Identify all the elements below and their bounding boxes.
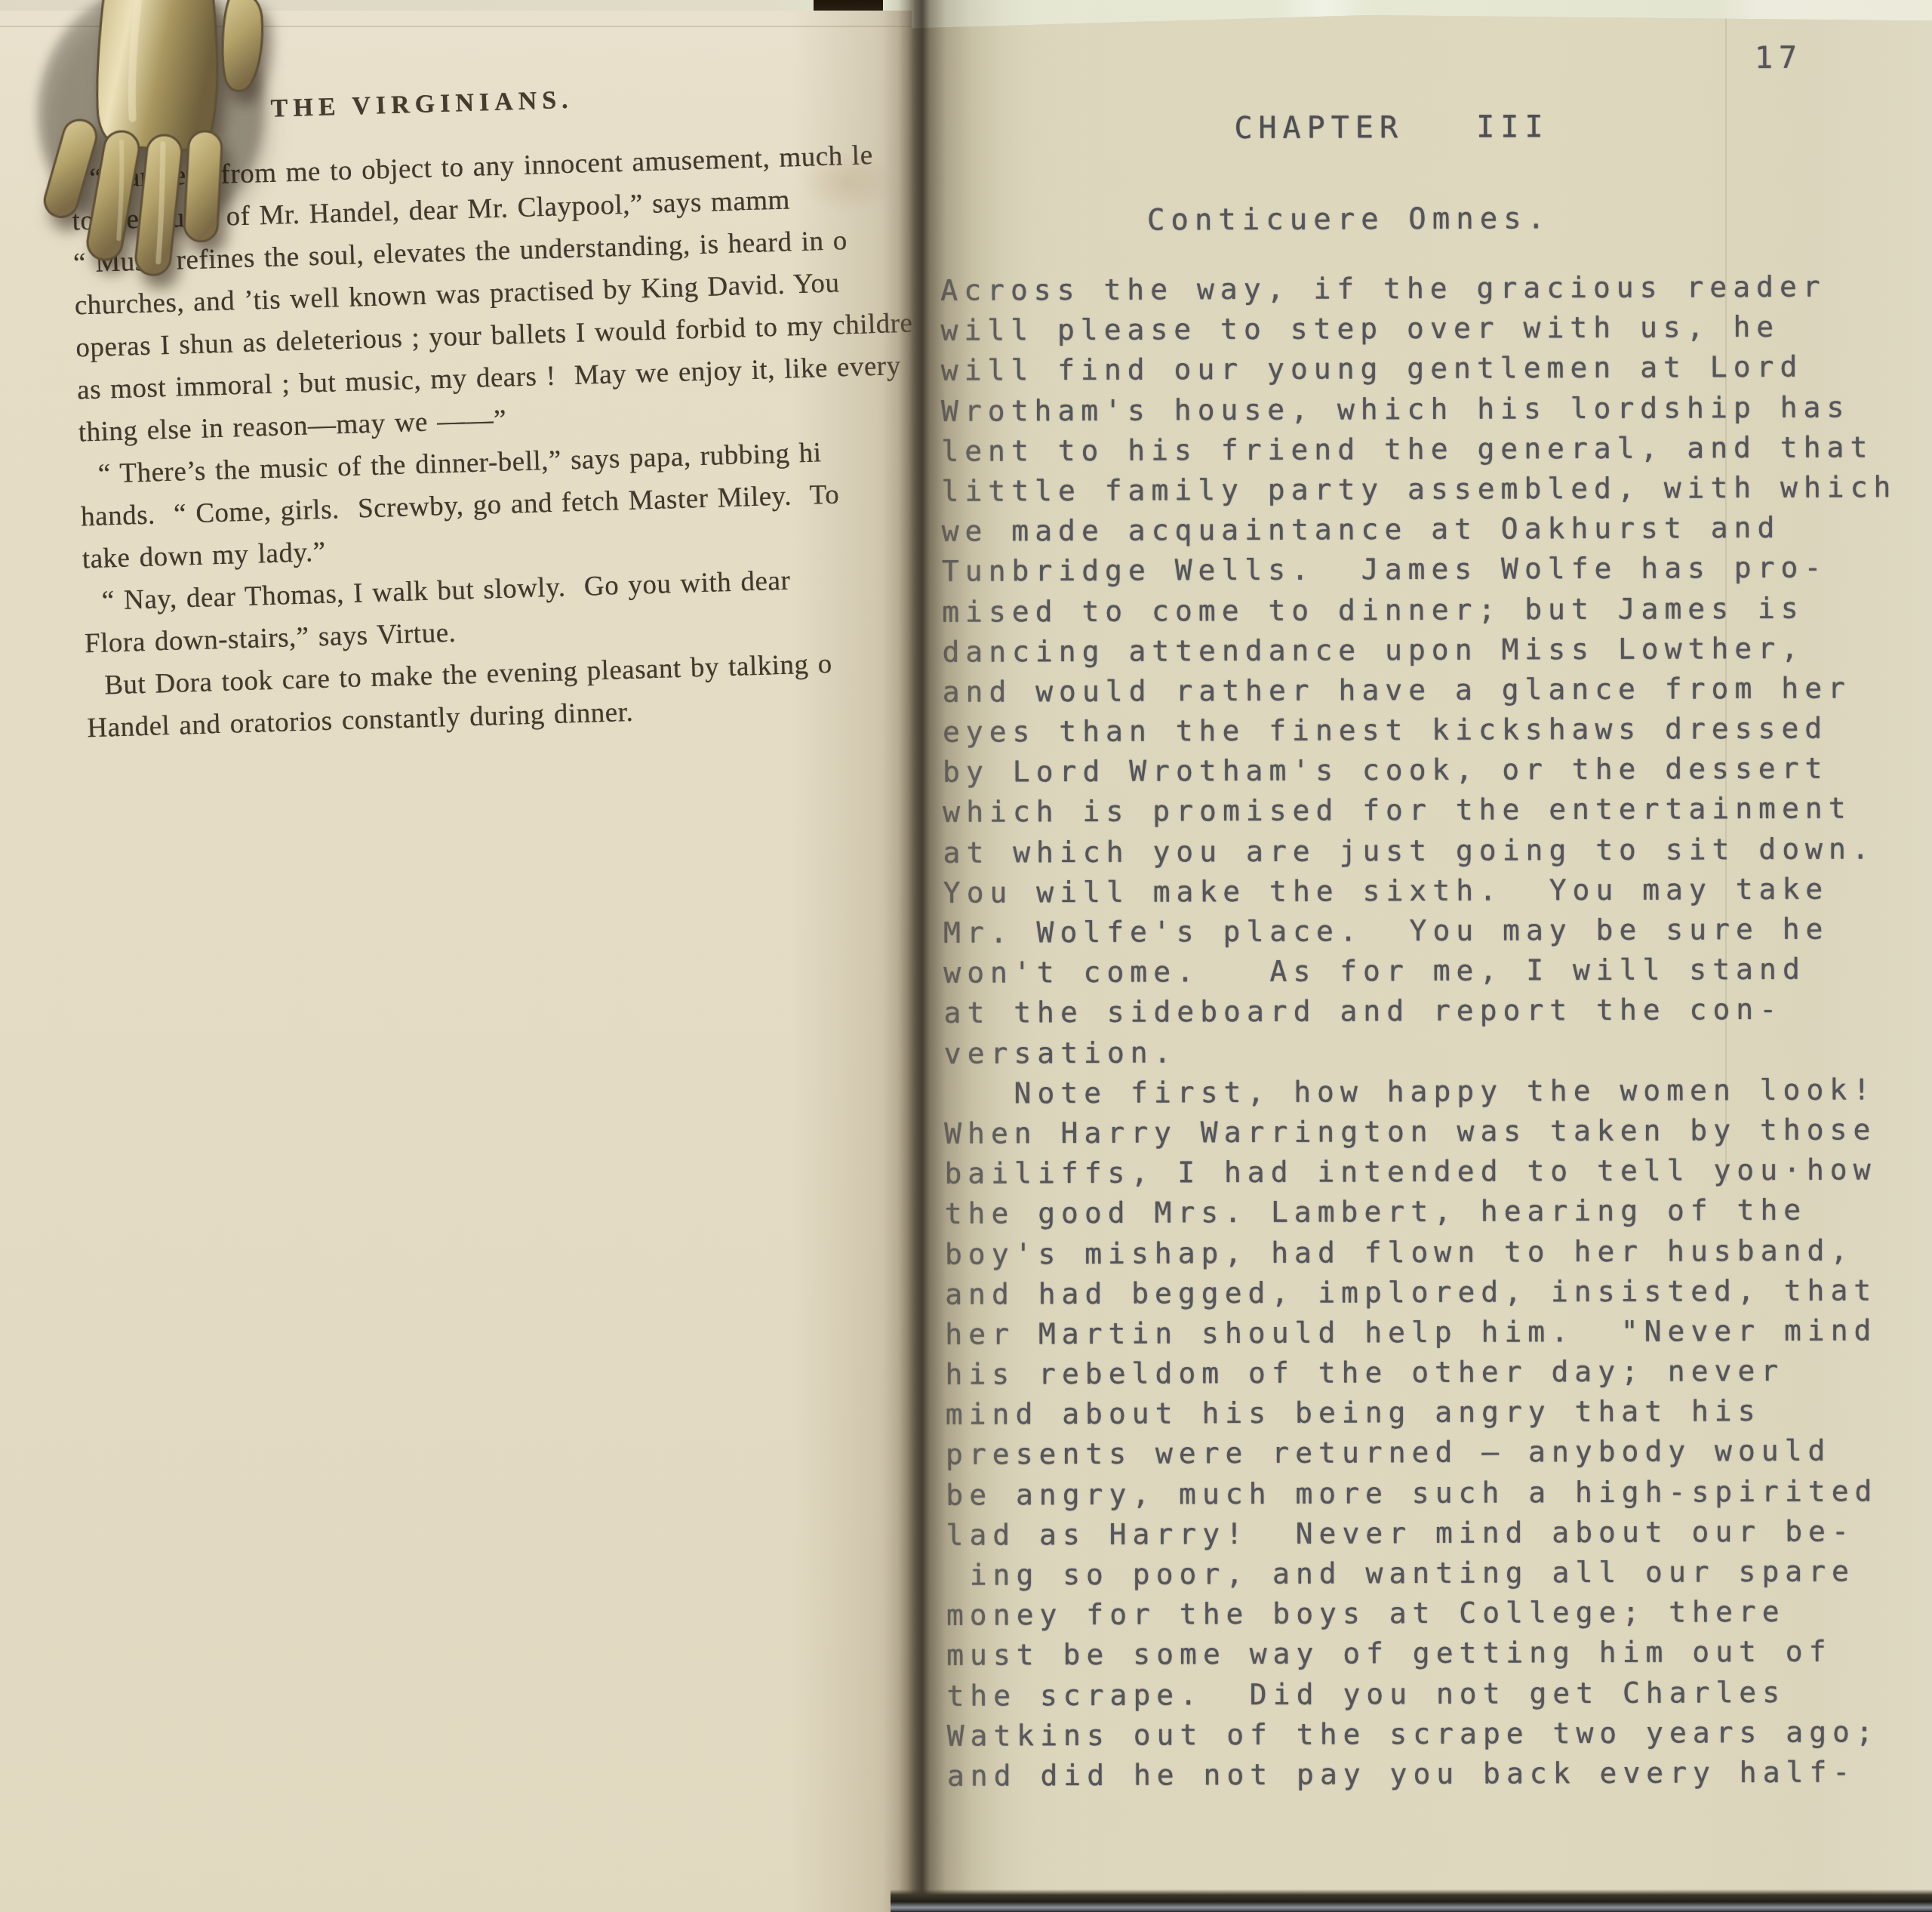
right-page-body: Across the way, if the gracious readerwi… xyxy=(940,266,1903,1797)
typed-text-line: eyes than the finest kickshaws dressed xyxy=(943,708,1898,753)
typed-text-line: little family party assembled, with whic… xyxy=(941,467,1897,512)
typed-text-line: mised to come to dinner; but James is xyxy=(942,588,1897,633)
typed-text-line: Note first, how happy the women look! xyxy=(944,1070,1900,1114)
chapter-heading: CHAPTER III xyxy=(1234,109,1549,146)
page-bottom-edge xyxy=(891,1889,1932,1912)
typed-text-line: and had begged, implored, insisted, that xyxy=(945,1270,1900,1315)
hand-bookmark-icon xyxy=(13,0,286,307)
typed-text-line: dancing attendance upon Miss Lowther, xyxy=(942,628,1897,673)
typed-text-line: will find our young gentlemen at Lord xyxy=(941,347,1897,392)
page-number: 17 xyxy=(1755,41,1803,75)
typed-text-line: Wrotham's house, which his lordship has xyxy=(941,387,1897,432)
typed-text-line: Tunbridge Wells. James Wolfe has pro- xyxy=(942,547,1897,592)
typed-text-line: mind about his being angry that his xyxy=(946,1390,1901,1435)
typed-text-line: money for the boys at College; there xyxy=(946,1591,1902,1636)
typed-text-line: and did he not pay you back every half- xyxy=(947,1752,1903,1797)
typed-text-line: Mr. Wolfe's place. You may be sure he xyxy=(943,909,1899,953)
typed-text-line: which is promised for the entertainment xyxy=(943,789,1898,833)
typed-text-line: the scrape. Did you not get Charles xyxy=(946,1672,1902,1716)
typed-text-line: lent to his friend the general, and that xyxy=(941,427,1897,472)
right-page-text-block: 17 CHAPTER III Conticuere Omnes. Across … xyxy=(911,11,1932,1897)
typed-text-line: her Martin should help him. "Never mind xyxy=(945,1310,1900,1355)
typed-text-line: at which you are just going to sit down. xyxy=(943,829,1898,873)
typed-text-line: Across the way, if the gracious reader xyxy=(940,266,1896,311)
typed-text-line: must be some way of getting him out of xyxy=(946,1632,1902,1676)
typed-text-line: the good Mrs. Lambert, hearing of the xyxy=(945,1190,1900,1234)
hand-palm xyxy=(94,0,223,151)
typed-text-line: won't come. As for me, I will stand xyxy=(943,949,1899,993)
open-book-photo: THE VIRGINIANS. “ Far be it from me to o… xyxy=(0,0,1932,1912)
typed-text-line: presents were returned — anybody would xyxy=(946,1431,1901,1476)
typed-text-line: will please to step over with us, he xyxy=(940,306,1896,351)
typed-text-line: be angry, much more such a high-spirited xyxy=(946,1471,1901,1516)
typed-text-line: boy's mishap, had flown to her husband, xyxy=(945,1230,1900,1275)
typed-text-line: we made acquaintance at Oakhurst and xyxy=(942,507,1897,552)
typed-text-line: by Lord Wrotham's cook, or the dessert xyxy=(943,748,1898,793)
typed-text-line: at the sideboard and report the con- xyxy=(943,990,1899,1034)
typed-text-line: lad as Harry! Never mind about our be- xyxy=(946,1511,1901,1556)
typed-text-line: his rebeldom of the other day; never xyxy=(945,1350,1900,1395)
chapter-subtitle: Conticuere Omnes. xyxy=(1147,202,1551,237)
typed-text-line: versation. xyxy=(944,1030,1900,1074)
typed-text-line: Watkins out of the scrape two years ago; xyxy=(947,1712,1903,1757)
typed-text-line: and would rather have a glance from her xyxy=(942,668,1897,713)
typed-text-line: bailiffs, I had intended to tell you·how xyxy=(944,1150,1900,1194)
typed-text-line: You will make the sixth. You may take xyxy=(943,869,1899,913)
hand-finger-index xyxy=(183,131,223,242)
typed-text-line: When Harry Warrington was taken by those xyxy=(944,1110,1900,1154)
right-page: 17 CHAPTER III Conticuere Omnes. Across … xyxy=(912,15,1932,1896)
hand-bookmark-clip[interactable] xyxy=(13,0,286,307)
typed-text-line: ing so poor, and wanting all our spare xyxy=(946,1551,1902,1596)
